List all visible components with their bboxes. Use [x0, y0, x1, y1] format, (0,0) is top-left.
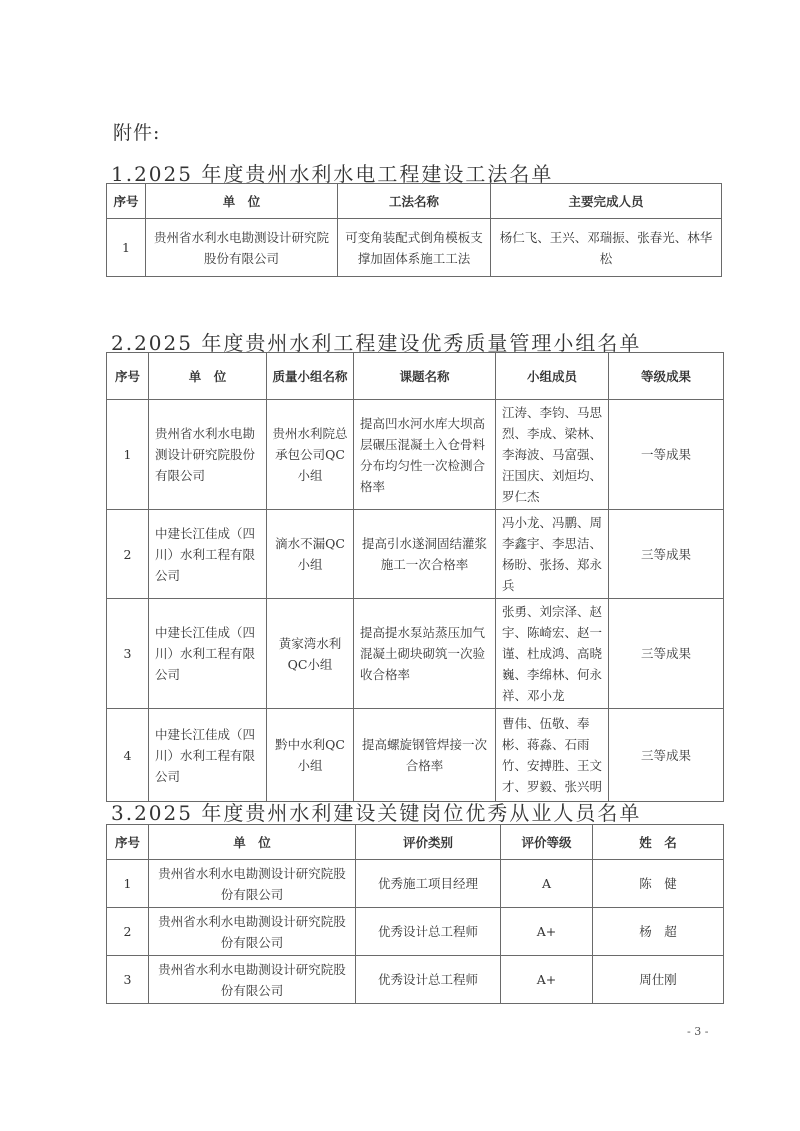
- cell-members: 江涛、李钧、马思烈、李成、梁林、李海波、马富强、汪国庆、刘烜均、罗仁杰: [496, 400, 609, 510]
- header-name: 姓 名: [593, 825, 724, 860]
- section3-table: 序号 单 位 评价类别 评价等级 姓 名 1 贵州省水利水电勘测设计研究院股份有…: [106, 824, 724, 1004]
- cell-name: 周仕刚: [593, 956, 724, 1004]
- table-row: 3 贵州省水利水电勘测设计研究院股份有限公司 优秀设计总工程师 A+ 周仕刚: [107, 956, 724, 1004]
- cell-no: 1: [107, 860, 149, 908]
- header-level: 评价等级: [501, 825, 593, 860]
- cell-unit: 中建长江佳成（四川）水利工程有限公司: [149, 599, 267, 709]
- header-group: 质量小组名称: [267, 353, 354, 400]
- cell-group: 贵州水利院总承包公司QC小组: [267, 400, 354, 510]
- header-unit: 单 位: [149, 353, 267, 400]
- header-method: 工法名称: [338, 184, 491, 219]
- cell-category: 优秀设计总工程师: [356, 908, 501, 956]
- table-header-row: 序号 单 位 工法名称 主要完成人员: [107, 184, 722, 219]
- cell-level: A: [501, 860, 593, 908]
- cell-grade: 三等成果: [609, 709, 724, 802]
- cell-no: 3: [107, 599, 149, 709]
- cell-level: A+: [501, 956, 593, 1004]
- cell-members: 张勇、刘宗泽、赵宇、陈崎宏、赵一谨、杜成鸿、高晓巍、李绵林、何永祥、邓小龙: [496, 599, 609, 709]
- header-topic: 课题名称: [354, 353, 496, 400]
- table-row: 2 贵州省水利水电勘测设计研究院股份有限公司 优秀设计总工程师 A+ 杨 超: [107, 908, 724, 956]
- cell-members: 曹伟、伍敬、奉彬、蒋淼、石雨竹、安搏胜、王文才、罗毅、张兴明: [496, 709, 609, 802]
- cell-group: 滴水不漏QC小组: [267, 510, 354, 599]
- cell-topic: 提高螺旋钢管焊接一次合格率: [354, 709, 496, 802]
- cell-unit: 贵州省水利水电勘测设计研究院股份有限公司: [149, 860, 356, 908]
- cell-name: 陈 健: [593, 860, 724, 908]
- cell-no: 1: [107, 219, 146, 277]
- header-unit: 单 位: [149, 825, 356, 860]
- table-row: 1 贵州省水利水电勘测设计研究院股份有限公司 优秀施工项目经理 A 陈 健: [107, 860, 724, 908]
- cell-unit: 贵州省水利水电勘测设计研究院股份有限公司: [149, 956, 356, 1004]
- header-members: 小组成员: [496, 353, 609, 400]
- cell-topic: 提高引水遂洞固结灌浆施工一次合格率: [354, 510, 496, 599]
- header-unit: 单 位: [146, 184, 338, 219]
- cell-category: 优秀施工项目经理: [356, 860, 501, 908]
- table-row: 1 贵州省水利水电勘测设计研究院股份有限公司 可变角装配式倒角模板支撑加固体系施…: [107, 219, 722, 277]
- cell-no: 1: [107, 400, 149, 510]
- cell-no: 4: [107, 709, 149, 802]
- cell-method: 可变角装配式倒角模板支撑加固体系施工工法: [338, 219, 491, 277]
- cell-no: 3: [107, 956, 149, 1004]
- cell-group: 黔中水利QC小组: [267, 709, 354, 802]
- attachment-label: 附件:: [113, 118, 160, 145]
- cell-category: 优秀设计总工程师: [356, 956, 501, 1004]
- cell-topic: 提高凹水河水库大坝高层碾压混凝土入仓骨料分布均匀性一次检测合格率: [354, 400, 496, 510]
- section2-table: 序号 单 位 质量小组名称 课题名称 小组成员 等级成果 1 贵州省水利水电勘测…: [106, 352, 724, 802]
- cell-topic: 提高提水泵站蒸压加气混凝土砌块砌筑一次验收合格率: [354, 599, 496, 709]
- section3-title: 3.2025 年度贵州水利建设关键岗位优秀从业人员名单: [111, 797, 641, 826]
- table-header-row: 序号 单 位 质量小组名称 课题名称 小组成员 等级成果: [107, 353, 724, 400]
- cell-level: A+: [501, 908, 593, 956]
- cell-unit: 贵州省水利水电勘测设计研究院股份有限公司: [149, 908, 356, 956]
- cell-unit: 中建长江佳成（四川）水利工程有限公司: [149, 709, 267, 802]
- table-header-row: 序号 单 位 评价类别 评价等级 姓 名: [107, 825, 724, 860]
- header-grade: 等级成果: [609, 353, 724, 400]
- header-no: 序号: [107, 184, 146, 219]
- cell-unit: 贵州省水利水电勘测设计研究院股份有限公司: [149, 400, 267, 510]
- table-row: 4 中建长江佳成（四川）水利工程有限公司 黔中水利QC小组 提高螺旋钢管焊接一次…: [107, 709, 724, 802]
- header-no: 序号: [107, 353, 149, 400]
- cell-no: 2: [107, 510, 149, 599]
- header-people: 主要完成人员: [491, 184, 722, 219]
- table-row: 3 中建长江佳成（四川）水利工程有限公司 黄家湾水利QC小组 提高提水泵站蒸压加…: [107, 599, 724, 709]
- section1-table: 序号 单 位 工法名称 主要完成人员 1 贵州省水利水电勘测设计研究院股份有限公…: [106, 183, 722, 277]
- page-number: - 3 -: [687, 1025, 708, 1038]
- cell-no: 2: [107, 908, 149, 956]
- table-row: 1 贵州省水利水电勘测设计研究院股份有限公司 贵州水利院总承包公司QC小组 提高…: [107, 400, 724, 510]
- cell-people: 杨仁飞、王兴、邓瑞振、张春光、林华松: [491, 219, 722, 277]
- cell-grade: 一等成果: [609, 400, 724, 510]
- cell-members: 冯小龙、冯鹏、周李鑫宇、李思洁、杨盼、张扬、郑永兵: [496, 510, 609, 599]
- header-category: 评价类别: [356, 825, 501, 860]
- cell-unit: 中建长江佳成（四川）水利工程有限公司: [149, 510, 267, 599]
- cell-grade: 三等成果: [609, 510, 724, 599]
- header-no: 序号: [107, 825, 149, 860]
- cell-group: 黄家湾水利QC小组: [267, 599, 354, 709]
- cell-unit: 贵州省水利水电勘测设计研究院股份有限公司: [146, 219, 338, 277]
- cell-name: 杨 超: [593, 908, 724, 956]
- table-row: 2 中建长江佳成（四川）水利工程有限公司 滴水不漏QC小组 提高引水遂洞固结灌浆…: [107, 510, 724, 599]
- cell-grade: 三等成果: [609, 599, 724, 709]
